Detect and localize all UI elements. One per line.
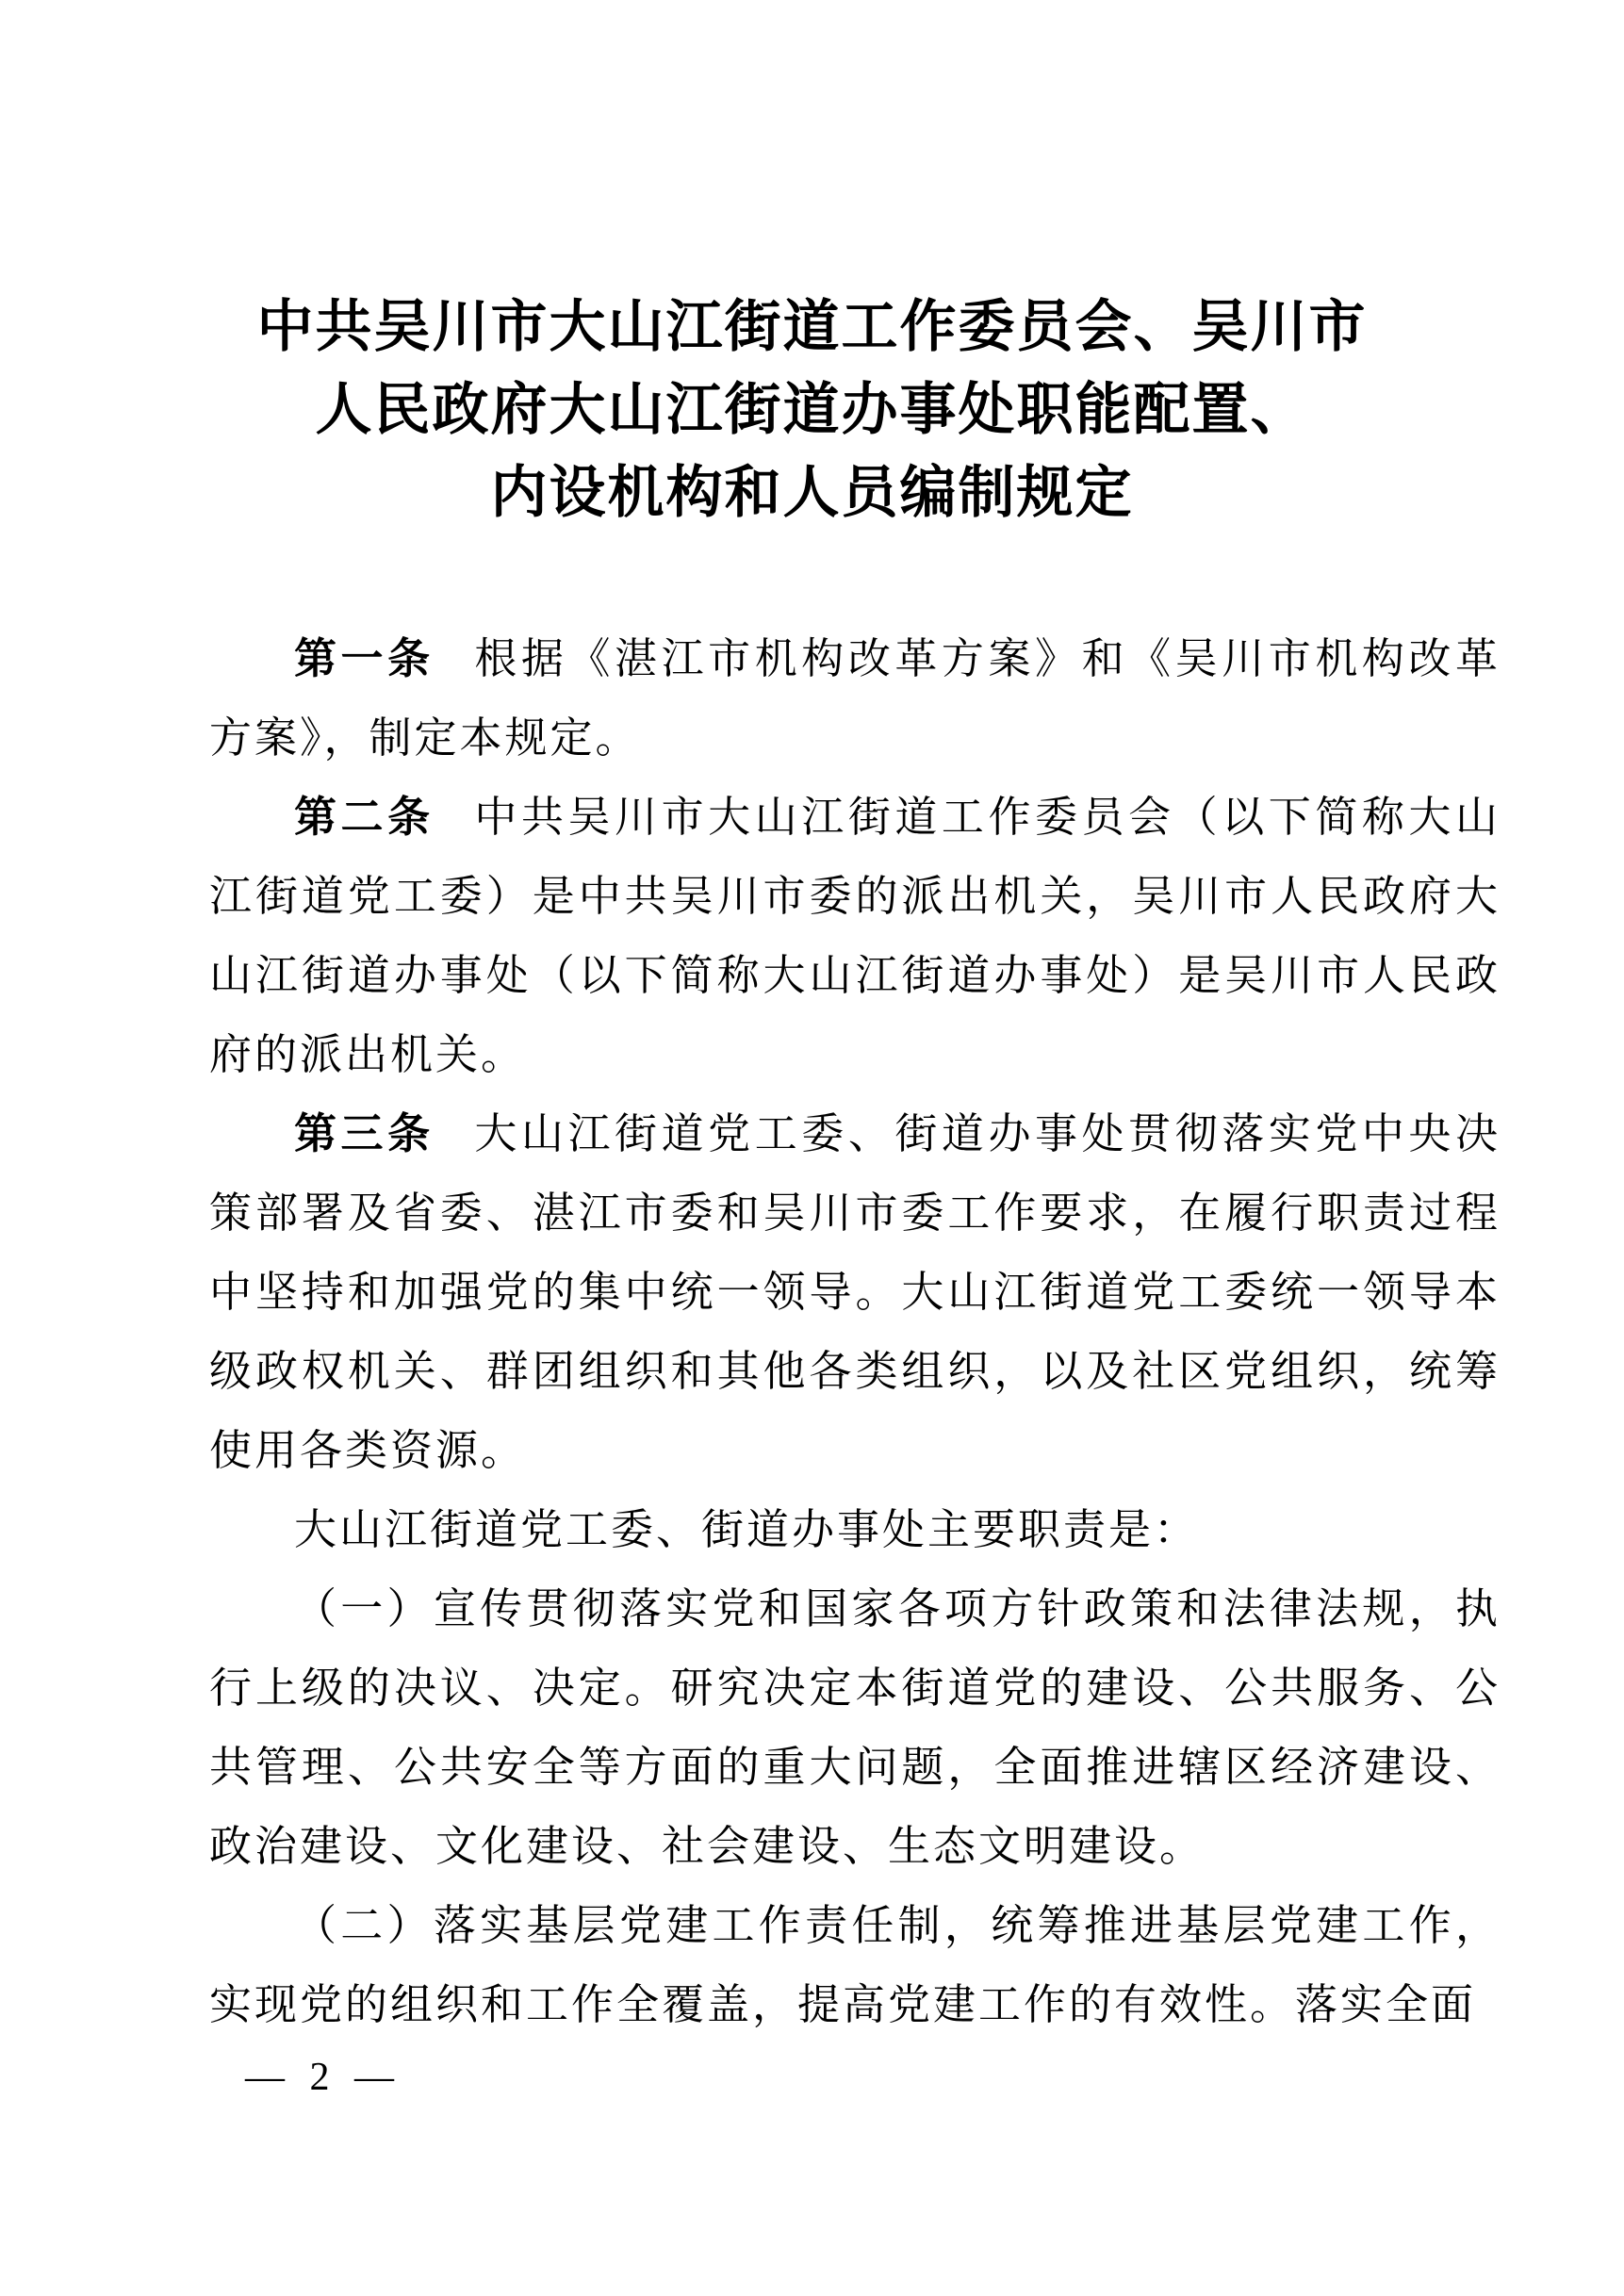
article-3-text: 大山江街道党工委、街道办事处贯彻落实党中央决策部署及省委、湛江市委和吴川市委工作… (209, 1110, 1501, 1474)
title-line-1: 中共吴川市大山江街道工作委员会、吴川市 (0, 286, 1624, 369)
document-title: 中共吴川市大山江街道工作委员会、吴川市 人民政府大山江街道办事处职能配置、 内设… (0, 0, 1624, 534)
title-line-3: 内设机构和人员编制规定 (0, 451, 1624, 534)
article-2-label: 第二条 (294, 793, 435, 841)
page-number: — 2 — (245, 2055, 402, 2100)
paragraph-duty-2: （二）落实基层党建工作责任制，统筹推进基层党建工作，实现党的组织和工作全覆盖，提… (209, 1886, 1501, 2044)
duties-intro-text: 大山江街道党工委、街道办事处主要职责是： (294, 1506, 1199, 1553)
paragraph-duties-intro: 大山江街道党工委、街道办事处主要职责是： (209, 1490, 1501, 1569)
document-body: 第一条根据《湛江市机构改革方案》和《吴川市机构改革方案》，制定本规定。 第二条中… (209, 619, 1501, 2044)
document-page: 中共吴川市大山江街道工作委员会、吴川市 人民政府大山江街道办事处职能配置、 内设… (0, 0, 1624, 2296)
paragraph-article-1: 第一条根据《湛江市机构改革方案》和《吴川市机构改革方案》，制定本规定。 (209, 619, 1501, 778)
paragraph-duty-1: （一）宣传贯彻落实党和国家各项方针政策和法律法规，执行上级的决议、决定。研究决定… (209, 1569, 1501, 1886)
paragraph-article-2: 第二条中共吴川市大山江街道工作委员会（以下简称大山江街道党工委）是中共吴川市委的… (209, 778, 1501, 1094)
duty-1-text: （一）宣传贯彻落实党和国家各项方针政策和法律法规，执行上级的决议、决定。研究决定… (209, 1585, 1501, 1870)
article-3-label: 第三条 (294, 1109, 435, 1157)
title-line-2: 人民政府大山江街道办事处职能配置、 (0, 369, 1624, 451)
article-1-label: 第一条 (294, 634, 435, 682)
duty-2-text: （二）落实基层党建工作责任制，统筹推进基层党建工作，实现党的组织和工作全覆盖，提… (209, 1902, 1501, 2028)
paragraph-article-3: 第三条大山江街道党工委、街道办事处贯彻落实党中央决策部署及省委、湛江市委和吴川市… (209, 1094, 1501, 1490)
